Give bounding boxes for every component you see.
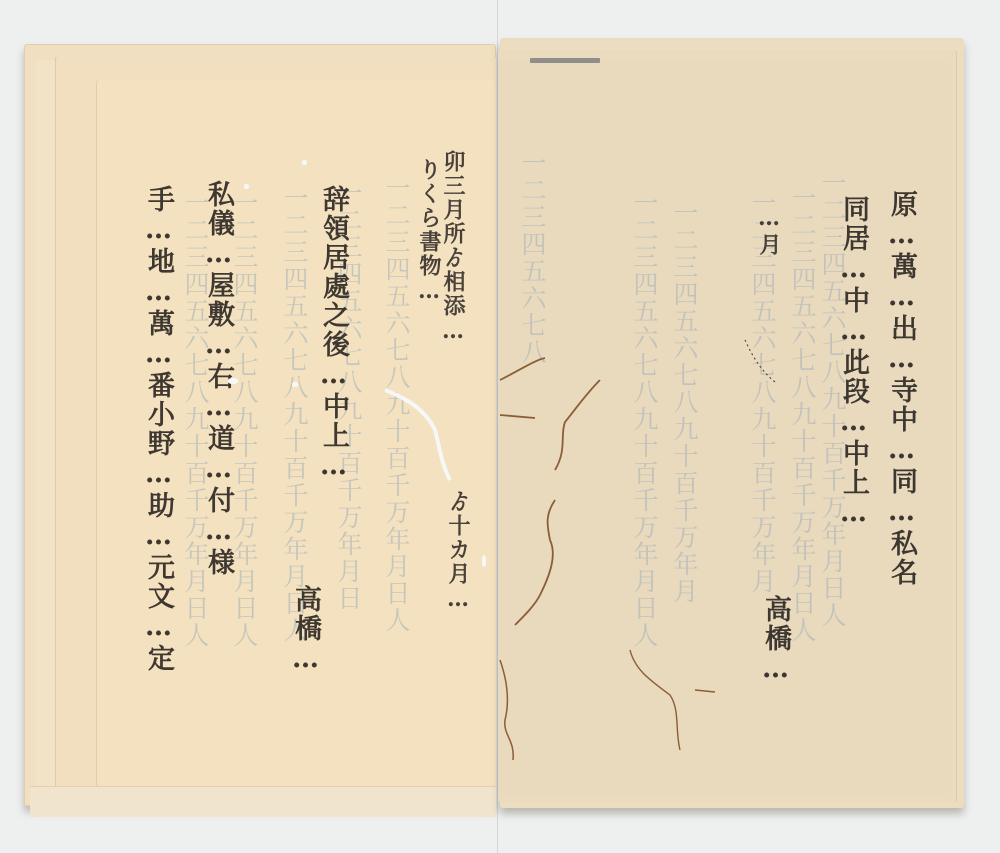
paper-crack xyxy=(740,320,800,400)
text-column: 原…萬…出…寺中…同…私名 xyxy=(888,190,915,587)
worm-hole xyxy=(228,378,238,384)
paper-crack xyxy=(495,340,615,800)
text-column: 卯三月所ゟ相添… xyxy=(442,150,464,346)
signature: 高橋… xyxy=(762,595,789,686)
text-column: …月 xyxy=(758,205,780,257)
signature: 高橋… xyxy=(292,585,319,676)
worm-hole xyxy=(482,555,486,567)
paper-crack xyxy=(620,640,720,780)
text-column: りくら書物… xyxy=(418,158,440,306)
paper-tear xyxy=(380,370,510,820)
worm-hole xyxy=(292,382,298,387)
text-column: 辞領居處之後…中上… xyxy=(320,185,347,483)
worm-hole xyxy=(244,184,249,189)
ink-mark xyxy=(530,58,600,63)
worm-hole xyxy=(302,160,307,165)
bleed-through-text: 一二三四五六七八九十百千万年月日人 xyxy=(232,190,257,710)
text-column: 同居…中…此段…中上… xyxy=(840,195,867,530)
bleed-through-text: 一二三四五六七八九十百千万年月日人 xyxy=(790,185,815,735)
text-column: 手…地…萬…番小野…助…元文…定 xyxy=(145,185,172,673)
